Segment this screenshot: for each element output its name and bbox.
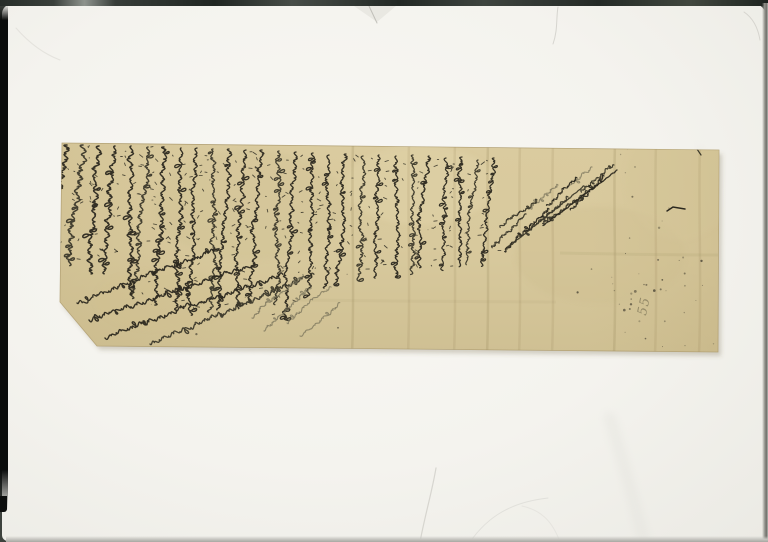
paper-crease (16, 28, 60, 60)
fold-crease (454, 144, 455, 354)
scanner-edge-bottom (6, 536, 768, 542)
paper-crease (744, 12, 760, 40)
paper-crease (420, 468, 436, 542)
manuscript-strip (44, 120, 735, 354)
scanner-edge-right (762, 3, 768, 539)
paper-crease (553, 7, 558, 44)
scanner-edge-corner-remnant (0, 496, 7, 512)
fold-crease (614, 144, 615, 354)
fold-crease (487, 144, 488, 354)
fold-crease (552, 144, 553, 354)
fold-crease (408, 144, 409, 354)
fold-crease (699, 144, 700, 354)
manuscript-scan-art (0, 0, 768, 542)
fold-crease (655, 144, 656, 354)
scanner-edge-left (0, 5, 8, 510)
scanner-edge-top (0, 0, 768, 6)
fold-crease (352, 144, 353, 354)
fold-crease (519, 144, 520, 354)
paper-crease (610, 418, 644, 542)
